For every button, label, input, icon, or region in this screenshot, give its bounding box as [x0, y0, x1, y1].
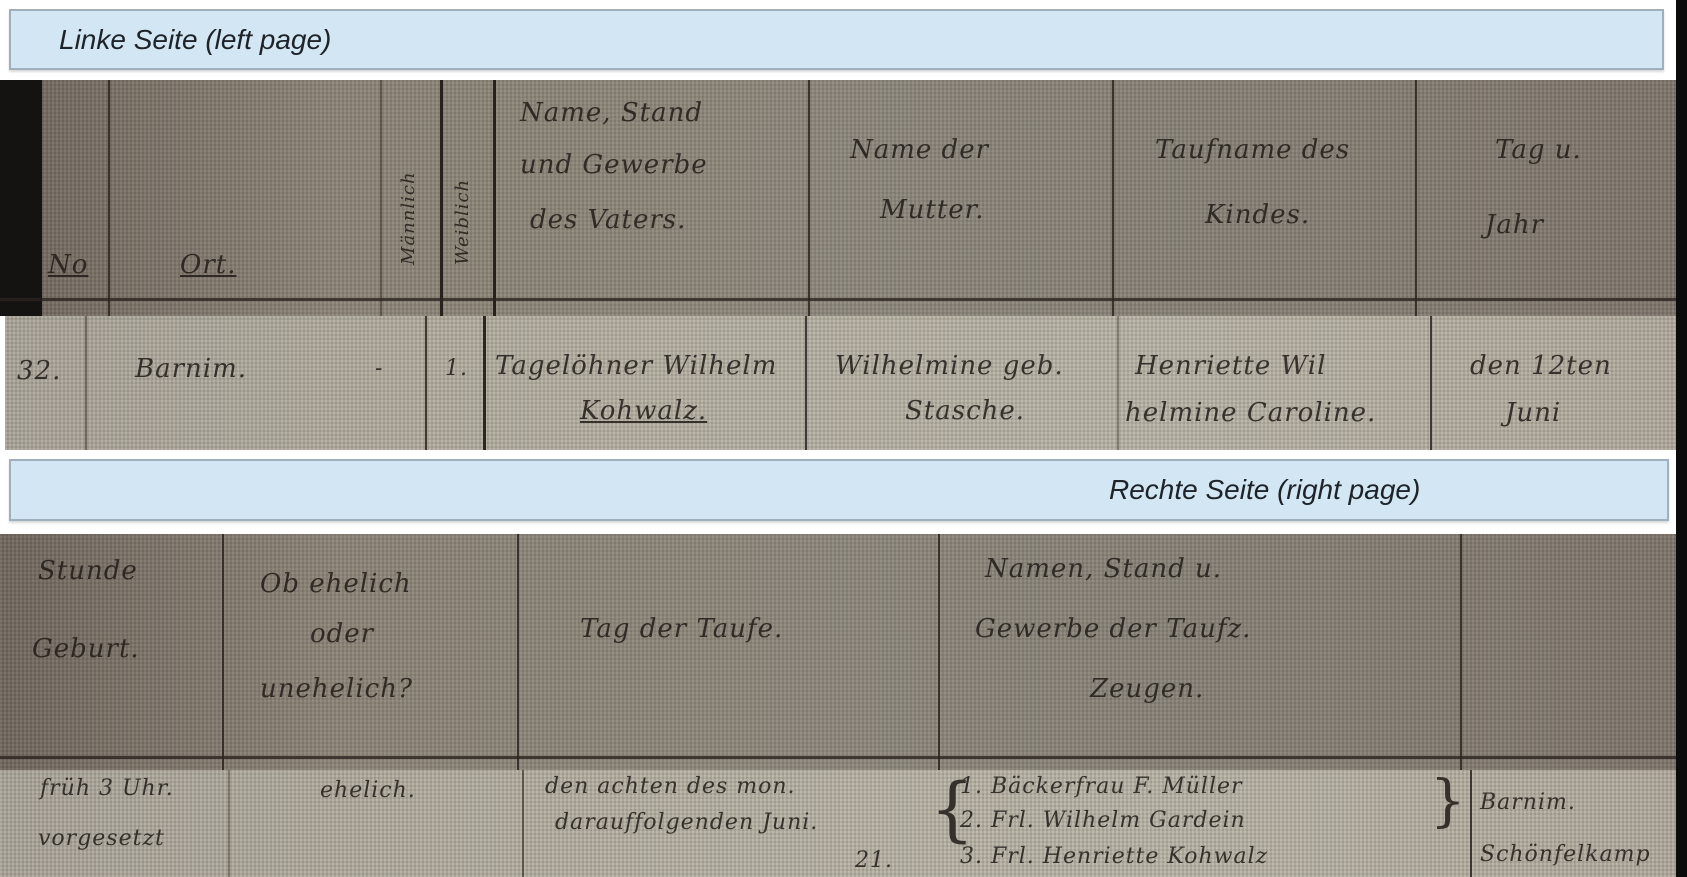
row-dash: - [375, 356, 383, 381]
row-sex-mark: 1. [445, 356, 468, 381]
header-legit-3: unehelich? [260, 674, 413, 704]
right-page-row-scan: früh 3 Uhr. vorgesetzt ehelich. den acht… [0, 770, 1676, 877]
right-page-banner: Rechte Seite (right page) [9, 459, 1669, 521]
scan-left-edge [0, 80, 42, 316]
header-father-3: des Vaters. [530, 205, 686, 235]
left-page-banner: Linke Seite (left page) [9, 9, 1664, 70]
row-date-1: den 12ten [1470, 351, 1612, 381]
header-no: No [48, 250, 88, 280]
row-godparent-2: 2. Frl. Wilhelm Gardein [960, 808, 1246, 833]
header-father-2: und Gewerbe [520, 150, 708, 180]
header-baptism-date: Tag der Taufe. [580, 614, 783, 644]
header-birth-2: Geburt. [32, 634, 140, 664]
row-remark-1: Barnim. [1480, 790, 1576, 815]
header-godparents-2: Gewerbe der Taufz. [975, 614, 1251, 644]
scan-edge [1676, 0, 1687, 877]
header-date-1: Tag u. [1495, 135, 1582, 165]
row-mother-1: Wilhelmine geb. [835, 351, 1064, 381]
row-baptism-1: den achten des mon. [545, 774, 796, 799]
header-godparents-1: Namen, Stand u. [985, 554, 1222, 584]
left-page-header-scan: No Ort. Männlich Weiblich Name, Stand un… [0, 80, 1676, 316]
brace-right-icon: } [1430, 774, 1467, 830]
row-baptism-3: 21. [855, 848, 893, 873]
right-page-label: Rechte Seite (right page) [1109, 474, 1420, 506]
row-godparent-3: 3. Frl. Henriette Kohwalz [960, 844, 1268, 869]
left-page-row-scan: 32. Barnim. - 1. Tagelöhner Wilhelm Kohw… [5, 316, 1676, 450]
header-child-2: Kindes. [1205, 200, 1310, 230]
row-mother-2: Stasche. [905, 396, 1025, 426]
row-father-2: Kohwalz. [580, 396, 707, 426]
row-child-1: Henriette Wil [1135, 351, 1326, 381]
header-birth-1: Stunde [38, 556, 138, 586]
header-legit-1: Ob ehelich [260, 569, 412, 599]
row-godparent-1: 1. Bäckerfrau F. Müller [960, 774, 1243, 799]
row-ort: Barnim. [135, 354, 247, 384]
header-legit-2: oder [310, 619, 374, 649]
row-legit: ehelich. [320, 778, 416, 803]
row-birth-2: vorgesetzt [38, 826, 165, 851]
row-date-2: Juni [1505, 398, 1561, 428]
header-ort: Ort. [180, 250, 236, 280]
header-female: Weiblich [452, 179, 473, 265]
left-page-label: Linke Seite (left page) [59, 24, 331, 56]
right-page-header-scan: Stunde Geburt. Ob ehelich oder unehelich… [0, 534, 1676, 770]
header-child-1: Taufname des [1155, 135, 1350, 165]
row-birth-1: früh 3 Uhr. [40, 776, 174, 801]
row-father-1: Tagelöhner Wilhelm [495, 351, 777, 381]
row-baptism-2: darauffolgenden Juni. [555, 810, 818, 835]
header-mother-2: Mutter. [880, 195, 985, 225]
header-mother-1: Name der [850, 135, 989, 165]
row-remark-2: Schönfelkamp [1480, 842, 1651, 867]
header-father-1: Name, Stand [520, 98, 703, 128]
row-no: 32. [17, 356, 61, 386]
header-male: Männlich [398, 171, 419, 265]
row-child-2: helmine Caroline. [1125, 398, 1376, 428]
header-godparents-3: Zeugen. [1090, 674, 1204, 704]
header-date-2: Jahr [1485, 210, 1544, 240]
